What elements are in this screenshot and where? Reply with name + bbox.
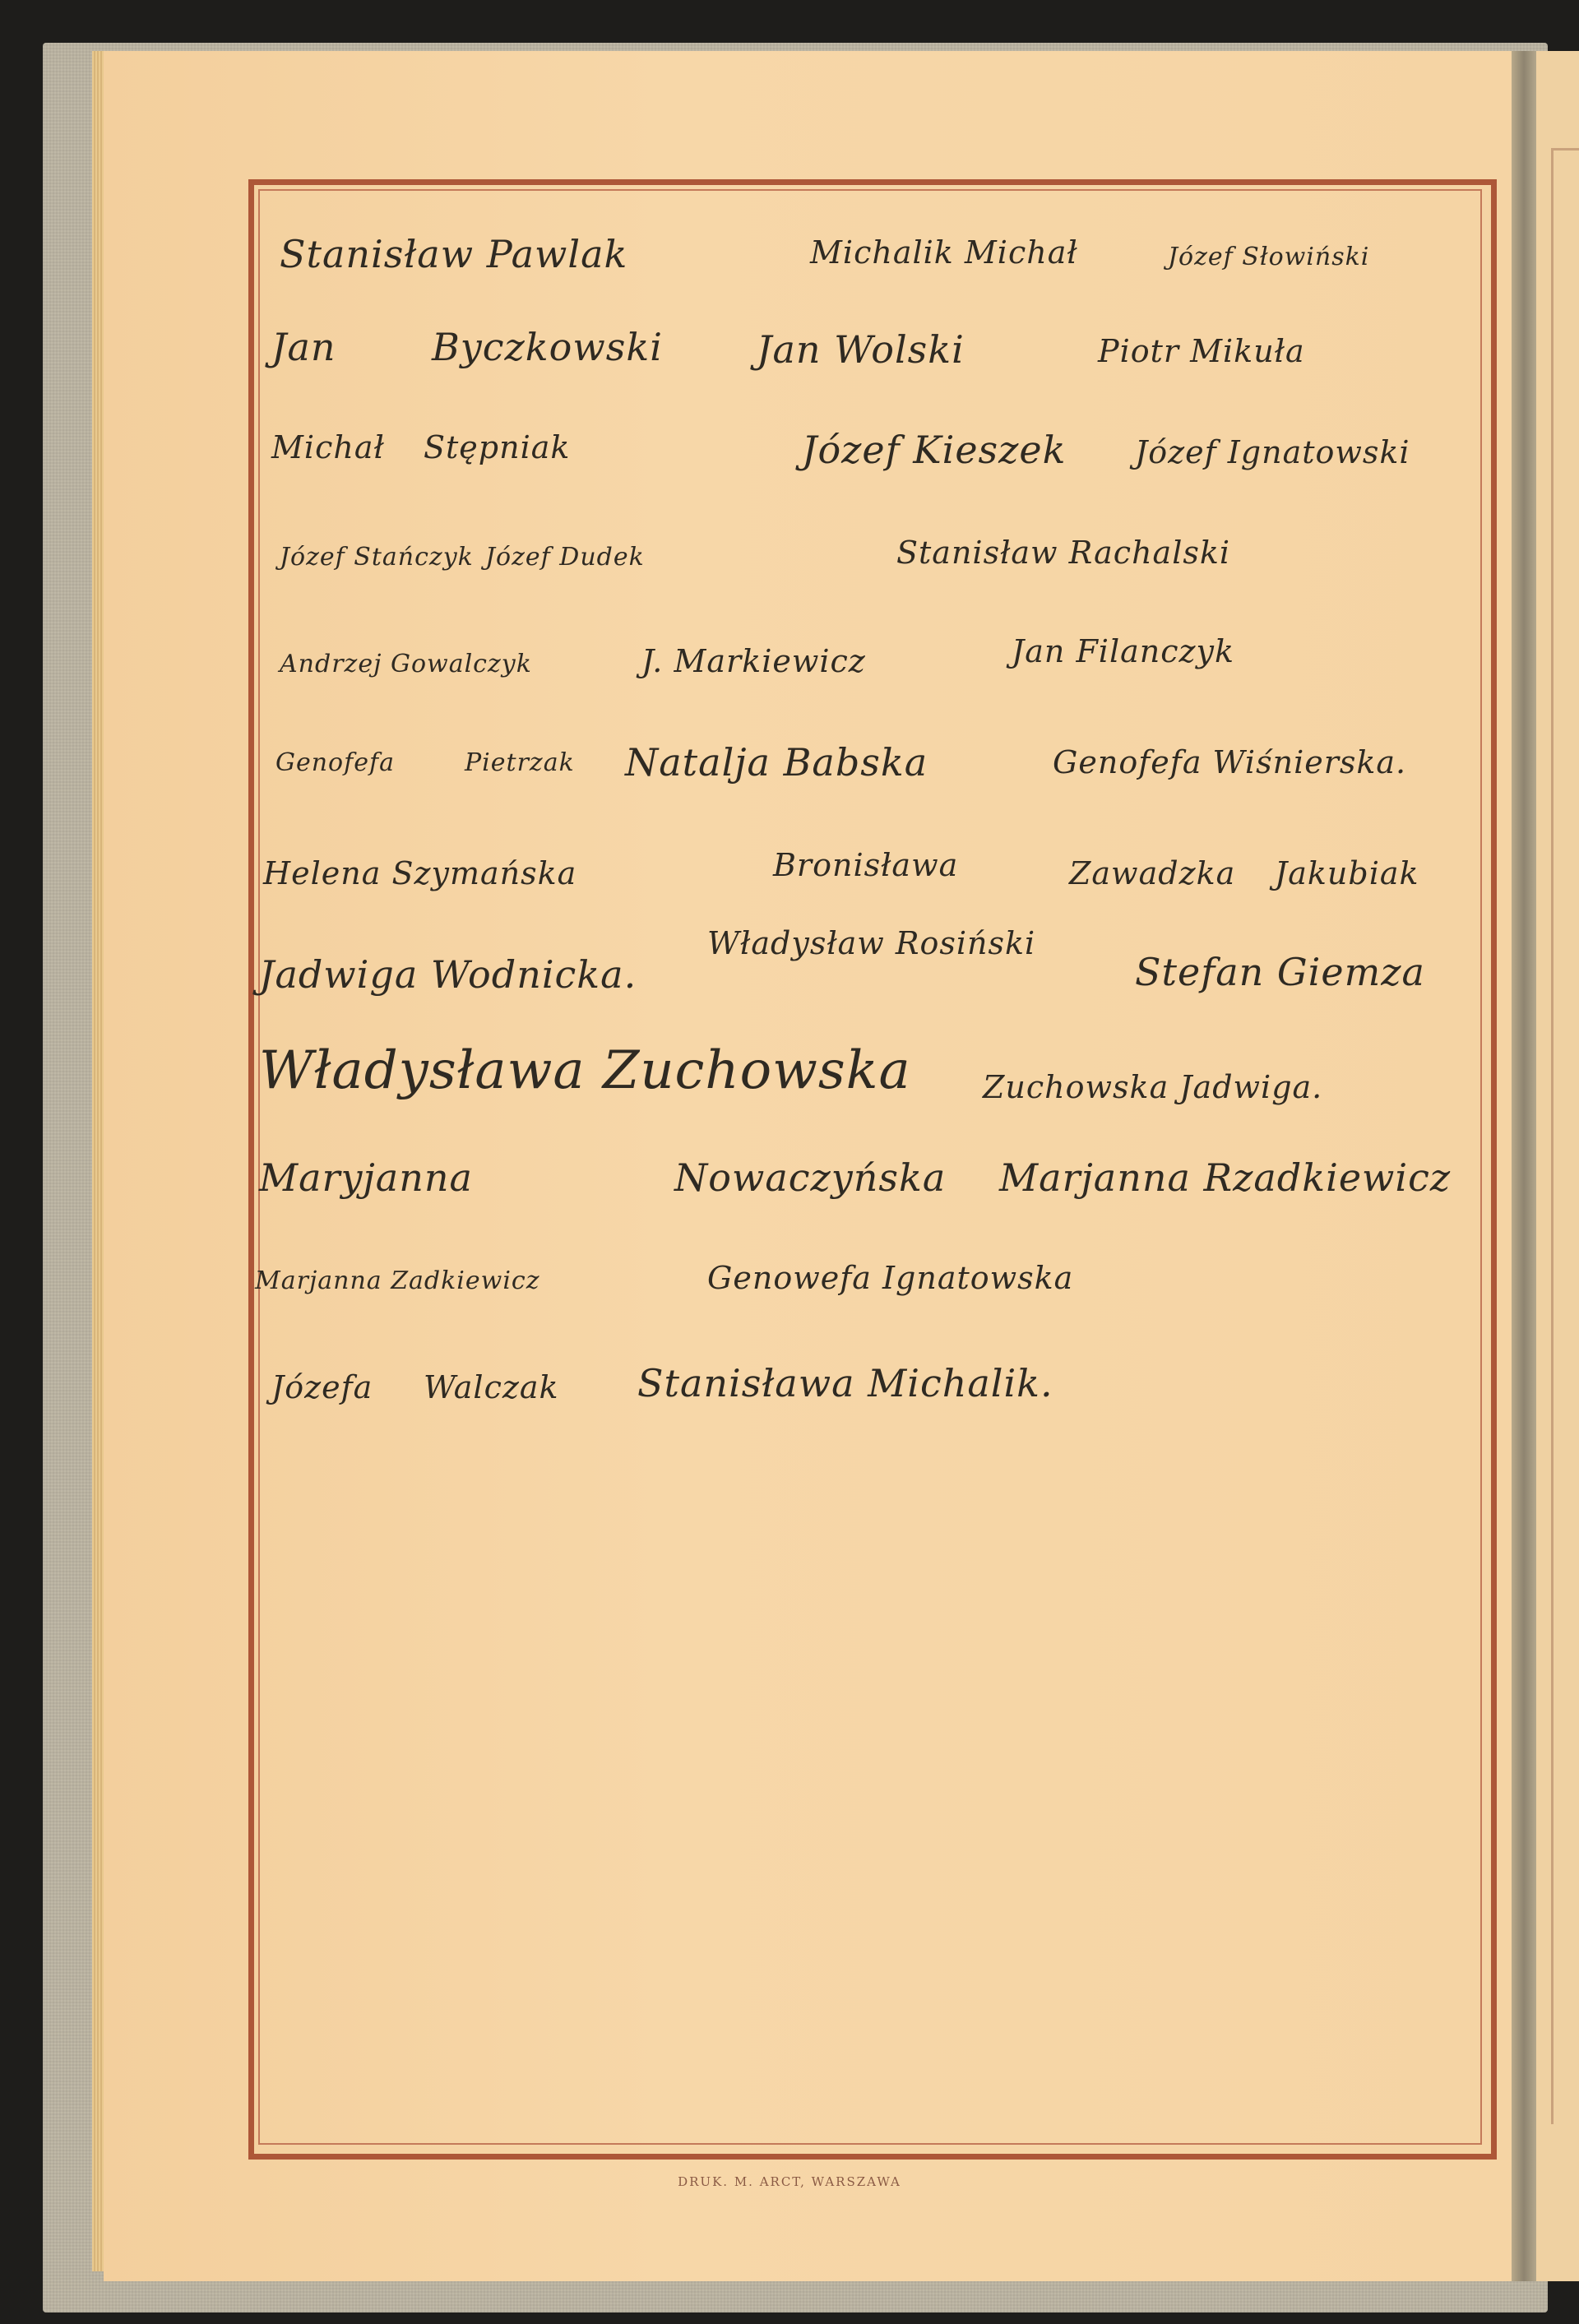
- facing-page-border: [1551, 148, 1579, 2124]
- signature: Jan Filanczyk: [1012, 633, 1234, 669]
- signature: Helena Szymańska: [263, 855, 576, 891]
- book-gutter: [1512, 51, 1536, 2281]
- signature: Maryjanna: [259, 1155, 473, 1200]
- signature: Piotr Mikuła: [1098, 333, 1305, 369]
- signature: Zawadzka: [1069, 855, 1235, 891]
- signature: Stefan Giemza: [1135, 950, 1425, 994]
- signature: Józef Kieszek: [802, 428, 1066, 472]
- signature: Zuchowska Jadwiga.: [983, 1069, 1322, 1105]
- signature: Marjanna Rzadkiewicz: [999, 1155, 1451, 1200]
- signature: Nowaczyńska: [674, 1155, 946, 1200]
- signature: Józefa: [271, 1369, 373, 1405]
- printer-imprint: DRUK. M. ARCT, WARSZAWA: [0, 2174, 1579, 2189]
- signature: Genofefa: [276, 748, 395, 777]
- signature: Michał: [271, 429, 385, 465]
- signature: Stanisław Pawlak: [280, 232, 627, 276]
- signature: Jan: [271, 325, 336, 369]
- signature: Byczkowski: [432, 325, 663, 369]
- signature: Michalik Michał: [810, 234, 1078, 271]
- signature: Józef Ignatowski: [1135, 434, 1410, 470]
- signature: J. Markiewicz: [641, 643, 866, 679]
- signature: Natalja Babska: [625, 740, 928, 785]
- signature: Gowalczyk: [391, 650, 532, 678]
- signature: Andrzej: [280, 650, 382, 678]
- signature: Jan Wolski: [757, 327, 965, 372]
- signature: Genowefa Ignatowska: [707, 1260, 1073, 1296]
- signature: Walczak: [424, 1369, 559, 1405]
- signature: Stanisław Rachalski: [896, 535, 1230, 571]
- signature: Jadwiga Wodnicka.: [259, 952, 637, 997]
- signature: Władysław Rosiński: [707, 925, 1035, 961]
- signature: Jakubiak: [1275, 855, 1419, 891]
- signature: Marjanna Zadkiewicz: [255, 1266, 540, 1295]
- signature: Stępniak: [424, 429, 570, 465]
- signature: Władysława Zuchowska: [259, 1040, 911, 1101]
- signature: Józef Dudek: [485, 543, 645, 572]
- signature: Bronisława: [773, 847, 958, 883]
- signature: Józef Słowiński: [1168, 243, 1369, 271]
- signature: Pietrzak: [465, 748, 575, 777]
- signature: Genofefa Wiśnierska.: [1053, 744, 1406, 780]
- signature: Józef Stańczyk: [280, 543, 474, 572]
- signature: Stanisława Michalik.: [637, 1361, 1053, 1405]
